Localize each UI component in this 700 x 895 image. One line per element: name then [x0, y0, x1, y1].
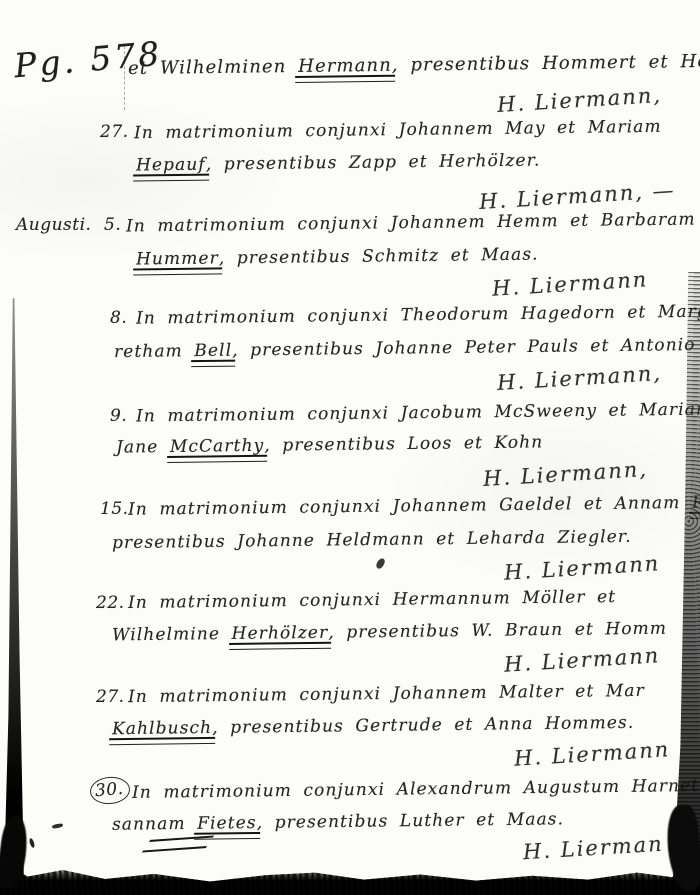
- surname-underlined: Bell: [194, 341, 232, 363]
- scan-edge-bottom: [0, 863, 700, 895]
- signature: H. Liermann, —: [479, 178, 677, 214]
- surname-underlined: Herhölzer: [231, 623, 328, 646]
- entry-line: In matrimonium conjunxi Johannem Malter …: [128, 681, 645, 707]
- entry-line: Hummer, presentibus Schmitz et Maas.: [136, 245, 539, 270]
- entry-text: , presentibus Hommert et Herhölzer: [392, 50, 700, 76]
- scanned-register-page: Pg. 578 et Wilhelminen Hermann, presenti…: [0, 0, 700, 895]
- entry-line: Hepauf, presentibus Zapp et Herhölzer.: [136, 151, 541, 176]
- surname-underlined: Fietes: [197, 813, 257, 836]
- entry-text: In matrimonium conjunxi Johannem Malter …: [128, 681, 645, 707]
- entry-line: Kahlbusch, presentibus Gertrude et Anna …: [112, 713, 635, 739]
- entry-day: 8.: [110, 308, 127, 328]
- stray-pen-mark: [142, 835, 214, 852]
- entry-line: In matrimonium conjunxi Alexandrum Augus…: [132, 775, 700, 803]
- signature: H. Liermann: [503, 551, 660, 584]
- entry-day: 22.: [96, 593, 125, 613]
- entry-text: , presentibus Gertrude et Anna Hommes.: [212, 713, 634, 738]
- entry-text: In matrimonium conjunxi Johannem Gaeldel…: [128, 493, 692, 520]
- entry-line: et Wilhelminen Hermann, presentibus Homm…: [128, 50, 700, 79]
- signature: H. Lierman: [523, 832, 665, 865]
- entry-text: , presentibus Johanne Peter Pauls et Ant…: [232, 334, 700, 361]
- ink-speck: [29, 838, 36, 849]
- surname-underlined: Hermann: [298, 55, 392, 79]
- entry-text: et Wilhelminen: [128, 56, 298, 79]
- entry-day: 15.: [100, 499, 129, 519]
- entry-day: 27.: [96, 687, 125, 707]
- entry-line: In matrimonium conjunxi Hermannum Möller…: [128, 587, 616, 613]
- scan-edge-right: [672, 272, 700, 895]
- surname-underlined: McCarthy: [170, 436, 265, 459]
- entry-line: Jane McCarthy, presentibus Loos et Kohn: [116, 432, 543, 457]
- entry-line: retham Bell, presentibus Johanne Peter P…: [114, 334, 700, 362]
- entry-text: , presentibus Zapp et Herhölzer.: [206, 151, 541, 175]
- signature: H. Liermann,: [496, 83, 662, 117]
- entry-text: In matrimonium conjunxi Alexandrum Augus…: [132, 775, 700, 803]
- ink-speck: [375, 557, 386, 570]
- signature: H. Liermann: [503, 643, 660, 676]
- entry-text: In matrimonium conjunxi Johannem May et …: [134, 117, 662, 143]
- entry-text: In matrimonium conjunxi Jacobum McSweeny…: [136, 399, 700, 426]
- signature: H. Liermann,: [482, 457, 648, 491]
- circled-day: 30.: [89, 775, 131, 805]
- entry-text: In matrimonium conjunxi Hermannum Möller…: [128, 587, 616, 613]
- entry-line: presentibus Johanne Heldmann et Leharda …: [112, 527, 632, 553]
- surname-underlined: Hummer: [136, 248, 219, 271]
- entry-day-circled: 30.: [90, 777, 130, 804]
- signature: H. Liermann: [513, 737, 670, 770]
- entry-line: sannam Fietes, presentibus Luther et Maa…: [112, 809, 564, 835]
- surname-underlined: Hepauf: [136, 155, 206, 178]
- entry-text: Wilhelmine: [112, 624, 232, 645]
- entry-line: In matrimonium conjunxi Jacobum McSweeny…: [136, 399, 700, 426]
- entry-text: , presentibus Schmitz et Maas.: [219, 245, 539, 269]
- entry-text: sannam: [112, 814, 197, 835]
- entry-line: In matrimonium conjunxi Johannem Hemm et…: [126, 210, 696, 237]
- entry-line: Wilhelmine Herhölzer, presentibus W. Bra…: [112, 619, 667, 646]
- signature: H. Liermann: [491, 267, 648, 300]
- ink-speck: [52, 823, 64, 829]
- entry-text: In matrimonium conjunxi Johannem Hemm et…: [126, 210, 696, 237]
- entry-text: retham: [114, 341, 195, 362]
- month-label: Augusti.: [16, 215, 91, 235]
- entry-day: 9.: [110, 406, 127, 426]
- entry-line: In matrimonium conjunxi Johannem Gaeldel…: [128, 492, 700, 520]
- entry-line: In matrimonium conjunxi Johannem May et …: [134, 117, 662, 143]
- entry-text: In matrimonium conjunxi Theodorum Hagedo…: [136, 301, 700, 328]
- entry-text: presentibus Johanne Heldmann et Leharda …: [112, 527, 632, 553]
- entry-text: , presentibus Loos et Kohn: [264, 432, 543, 455]
- signature: H. Liermann,: [496, 361, 662, 395]
- surname-underlined: Kahlbusch: [112, 718, 212, 741]
- entry-text: , presentibus W. Braun et Homm: [328, 619, 667, 643]
- entry-day: 5.: [104, 215, 121, 235]
- entry-line: In matrimonium conjunxi Theodorum Hagedo…: [136, 301, 700, 328]
- entry-text: , presentibus Luther et Maas.: [257, 809, 565, 833]
- entry-text: Jane: [116, 437, 170, 458]
- entry-day: 27.: [100, 122, 129, 142]
- scan-edge-left: [4, 298, 24, 879]
